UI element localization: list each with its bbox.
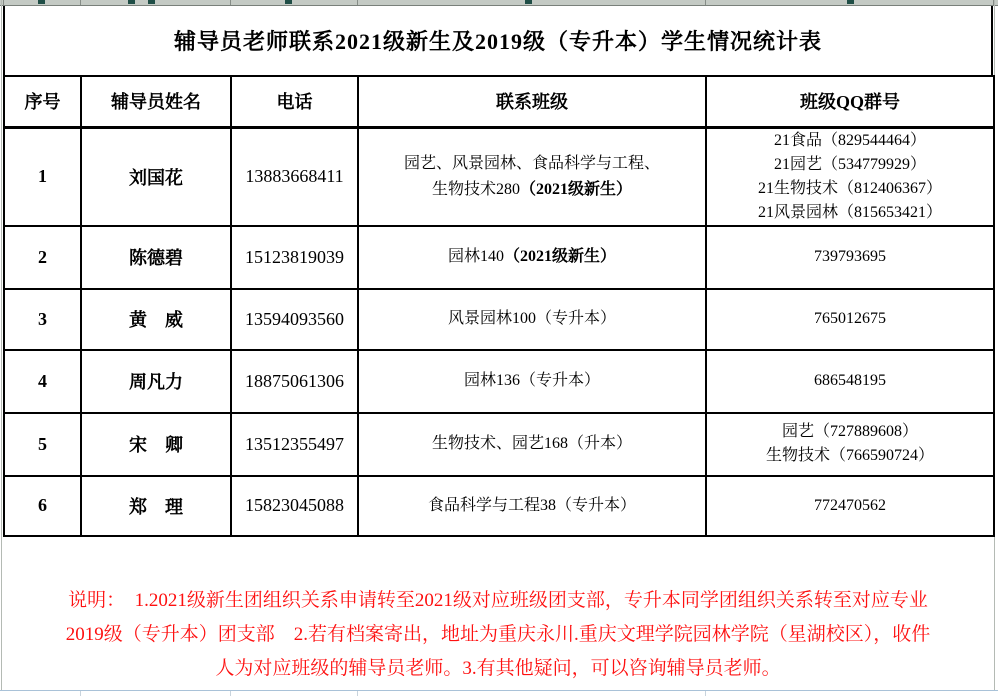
- serial-cell[interactable]: 3: [4, 289, 81, 350]
- table-row: 1 刘国花 13883668411 园艺、风景园林、食品科学与工程、 生物技术2…: [4, 127, 994, 226]
- serial-cell[interactable]: 1: [4, 127, 81, 226]
- qq-cell[interactable]: 739793695: [706, 226, 994, 289]
- header-classes: 联系班级: [358, 76, 706, 127]
- header-name: 辅导员姓名: [81, 76, 231, 127]
- classes-text: 园林136（专升本）: [464, 372, 600, 389]
- grid-stub: [80, 691, 81, 696]
- cell-text-remnant: [38, 0, 45, 4]
- qq-cell[interactable]: 园艺（727889608） 生物技术（766590724）: [706, 413, 994, 476]
- grid-divider: [230, 0, 231, 5]
- classes-cell[interactable]: 生物技术、园艺168（升本）: [358, 413, 706, 476]
- serial-cell[interactable]: 2: [4, 226, 81, 289]
- classes-cell[interactable]: 风景园林100（专升本）: [358, 289, 706, 350]
- cell-text-remnant: [847, 0, 854, 4]
- classes-cell[interactable]: 食品科学与工程38（专升本）: [358, 476, 706, 536]
- name-cell[interactable]: 郑 理: [81, 476, 231, 536]
- page-title: 辅导员老师联系2021级新生及2019级（专升本）学生情况统计表: [174, 25, 822, 56]
- phone-cell[interactable]: 15823045088: [231, 476, 358, 536]
- grid-stub: [230, 691, 231, 696]
- header-phone: 电话: [231, 76, 358, 127]
- classes-text: 食品科学与工程38（专升本）: [428, 497, 636, 514]
- name-cell[interactable]: 陈德碧: [81, 226, 231, 289]
- serial-cell[interactable]: 4: [4, 350, 81, 413]
- table-row: 2 陈德碧 15123819039 园林140（2021级新生） 7397936…: [4, 226, 994, 289]
- grid-divider: [357, 0, 358, 5]
- table-title-cell[interactable]: 辅导员老师联系2021级新生及2019级（专升本）学生情况统计表: [3, 6, 993, 75]
- header-qq: 班级QQ群号: [706, 76, 994, 127]
- name-cell[interactable]: 黄 威: [81, 289, 231, 350]
- serial-cell[interactable]: 5: [4, 413, 81, 476]
- grid-line-bottom: [0, 690, 998, 691]
- cell-text-remnant: [128, 0, 135, 4]
- phone-cell[interactable]: 13883668411: [231, 127, 358, 226]
- serial-cell[interactable]: 6: [4, 476, 81, 536]
- qq-cell[interactable]: 21食品（829544464） 21园艺（534779929） 21生物技术（8…: [706, 127, 994, 226]
- cell-text-remnant: [525, 0, 532, 4]
- header-row: 序号 辅导员姓名 电话 联系班级 班级QQ群号: [4, 76, 994, 127]
- grid-stub: [705, 691, 706, 696]
- phone-cell[interactable]: 15123819039: [231, 226, 358, 289]
- classes-cell[interactable]: 园林140（2021级新生）: [358, 226, 706, 289]
- grid-divider: [705, 0, 706, 5]
- qq-cell[interactable]: 686548195: [706, 350, 994, 413]
- name-cell[interactable]: 宋 卿: [81, 413, 231, 476]
- cell-text-remnant: [285, 0, 292, 4]
- classes-text: 生物技术、园艺168（升本）: [432, 435, 632, 452]
- counselor-contact-table: 序号 辅导员姓名 电话 联系班级 班级QQ群号 1 刘国花 1388366841…: [3, 75, 995, 537]
- grid-stub: [357, 691, 358, 696]
- classes-bold-text: （2021级新生）: [520, 181, 632, 198]
- name-cell[interactable]: 刘国花: [81, 127, 231, 226]
- classes-text: 园林140: [448, 248, 504, 265]
- notes-text: 说明： 1.2021级新生团组织关系申请转至2021级对应班级团支部，专升本同学…: [66, 590, 931, 679]
- notes-cell[interactable]: 说明： 1.2021级新生团组织关系申请转至2021级对应班级团支部，专升本同学…: [3, 537, 993, 671]
- table-row: 5 宋 卿 13512355497 生物技术、园艺168（升本） 园艺（7278…: [4, 413, 994, 476]
- table-row: 3 黄 威 13594093560 风景园林100（专升本） 765012675: [4, 289, 994, 350]
- name-cell[interactable]: 周凡力: [81, 350, 231, 413]
- phone-cell[interactable]: 13512355497: [231, 413, 358, 476]
- classes-text: 风景园林100（专升本）: [448, 310, 616, 327]
- classes-cell[interactable]: 园艺、风景园林、食品科学与工程、 生物技术280（2021级新生）: [358, 127, 706, 226]
- phone-cell[interactable]: 18875061306: [231, 350, 358, 413]
- qq-cell[interactable]: 772470562: [706, 476, 994, 536]
- qq-cell[interactable]: 765012675: [706, 289, 994, 350]
- phone-cell[interactable]: 13594093560: [231, 289, 358, 350]
- grid-divider: [80, 0, 81, 5]
- header-no: 序号: [4, 76, 81, 127]
- grid-divider: [3, 0, 4, 5]
- table-row: 4 周凡力 18875061306 园林136（专升本） 686548195: [4, 350, 994, 413]
- grid-line-left: [1, 0, 2, 690]
- classes-cell[interactable]: 园林136（专升本）: [358, 350, 706, 413]
- statistics-sheet: 辅导员老师联系2021级新生及2019级（专升本）学生情况统计表 序号 辅导员姓…: [3, 6, 993, 671]
- classes-bold-text: （2021级新生）: [504, 248, 616, 265]
- table-row: 6 郑 理 15823045088 食品科学与工程38（专升本） 7724705…: [4, 476, 994, 536]
- cell-text-remnant: [148, 0, 155, 4]
